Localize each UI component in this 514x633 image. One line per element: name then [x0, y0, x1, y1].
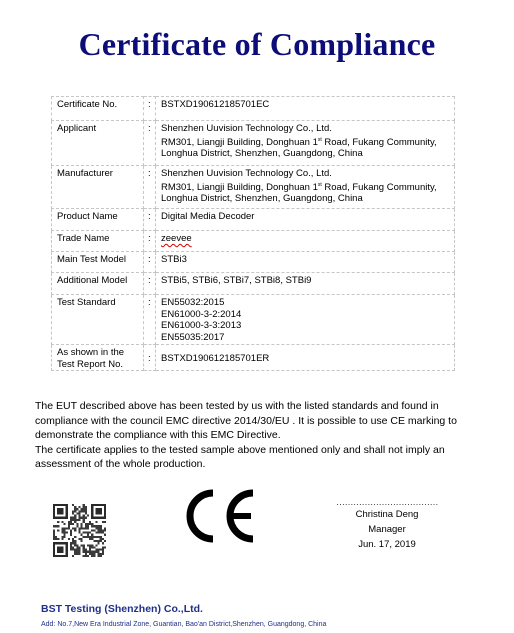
compliance-statement: The EUT described above has been tested … [35, 399, 485, 472]
test-standard-item: EN61000-3-2:2014 [161, 309, 450, 321]
signatory-name: Christina Deng [332, 507, 442, 522]
row-trade-name: Trade Name : zeevee [52, 231, 455, 252]
main-test-model-value: STBi3 [156, 252, 455, 273]
colon: : [144, 209, 156, 231]
trade-name-label: Trade Name [52, 231, 144, 252]
colon: : [144, 166, 156, 209]
statement-paragraph-2: The certificate applies to the tested sa… [35, 443, 485, 472]
test-standard-item: EN55032:2015 [161, 297, 450, 309]
manufacturer-value: Shenzhen Uuvision Technology Co., Ltd. R… [156, 166, 455, 209]
test-standard-label: Test Standard [52, 295, 144, 345]
applicant-label: Applicant [52, 121, 144, 166]
row-test-standard: Test Standard : EN55032:2015 EN61000-3-2… [52, 295, 455, 345]
row-manufacturer: Manufacturer : Shenzhen Uuvision Technol… [52, 166, 455, 209]
statement-paragraph-1: The EUT described above has been tested … [35, 399, 485, 443]
colon: : [144, 252, 156, 273]
footer-company-name: BST Testing (Shenzhen) Co.,Ltd. [41, 603, 203, 615]
colon: : [144, 121, 156, 166]
ce-mark-icon [183, 489, 259, 543]
qr-code-icon [53, 504, 106, 557]
certificate-no-value: BSTXD190612185701EC [156, 97, 455, 121]
signature-date: Jun. 17, 2019 [332, 537, 442, 552]
row-main-test-model: Main Test Model : STBi3 [52, 252, 455, 273]
row-applicant: Applicant : Shenzhen Uuvision Technology… [52, 121, 455, 166]
row-additional-model: Additional Model : STBi5, STBi6, STBi7, … [52, 273, 455, 295]
manufacturer-label: Manufacturer [52, 166, 144, 209]
main-test-model-label: Main Test Model [52, 252, 144, 273]
row-certificate-no: Certificate No. : BSTXD190612185701EC [52, 97, 455, 121]
trade-name-value: zeevee [161, 233, 192, 244]
test-report-no-label: As shown in the Test Report No. [52, 345, 144, 371]
colon: : [144, 345, 156, 371]
manufacturer-company: Shenzhen Uuvision Technology Co., Ltd. [161, 168, 450, 180]
test-standard-item: EN61000-3-3:2013 [161, 320, 450, 332]
applicant-company: Shenzhen Uuvision Technology Co., Ltd. [161, 123, 450, 135]
additional-model-value: STBi5, STBi6, STBi7, STBi8, STBi9 [156, 273, 455, 295]
colon: : [144, 273, 156, 295]
certificate-details-table: Certificate No. : BSTXD190612185701EC Ap… [51, 96, 455, 371]
test-standard-item: EN55035:2017 [161, 332, 450, 344]
manufacturer-address-line: Longhua District, Shenzhen, Guangdong, C… [161, 193, 450, 205]
colon: : [144, 231, 156, 252]
row-product-name: Product Name : Digital Media Decoder [52, 209, 455, 231]
signature-block: ……………………………… Christina Deng Manager Jun.… [332, 497, 442, 552]
row-test-report-no: As shown in the Test Report No. : BSTXD1… [52, 345, 455, 371]
additional-model-label: Additional Model [52, 273, 144, 295]
manufacturer-address-line: RM301, Liangji Building, Donghuan 1st Ro… [161, 180, 450, 194]
product-name-value: Digital Media Decoder [156, 209, 455, 231]
signature-line: ……………………………… [332, 497, 442, 507]
colon: : [144, 97, 156, 121]
signatory-role: Manager [332, 522, 442, 537]
applicant-value: Shenzhen Uuvision Technology Co., Ltd. R… [156, 121, 455, 166]
certificate-title: Certificate of Compliance [0, 26, 514, 63]
colon: : [144, 295, 156, 345]
applicant-address-line: Longhua District, Shenzhen, Guangdong, C… [161, 148, 450, 160]
product-name-label: Product Name [52, 209, 144, 231]
test-report-no-value: BSTXD190612185701ER [156, 345, 455, 371]
applicant-address-line: RM301, Liangji Building, Donghuan 1st Ro… [161, 135, 450, 149]
test-standard-values: EN55032:2015 EN61000-3-2:2014 EN61000-3-… [156, 295, 455, 345]
certificate-no-label: Certificate No. [52, 97, 144, 121]
footer-address: Add: No.7,New Era Industrial Zone, Guant… [41, 621, 326, 628]
